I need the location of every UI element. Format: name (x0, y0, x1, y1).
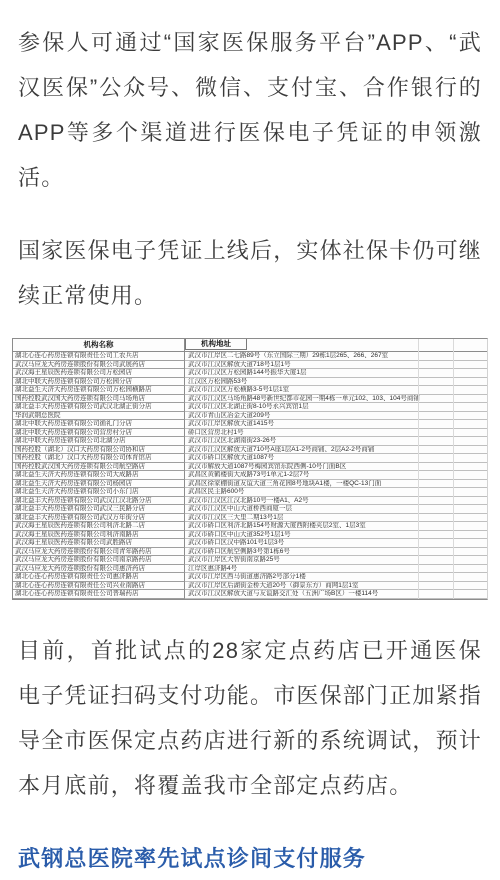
table-row: 华润武钢总医院武汉市青山区冶金大道209号 (13, 412, 487, 421)
org-address-cell: 硚口区营房北村1号 (185, 429, 487, 438)
paragraph-channels: 参保人可通过“国家医保服务平台”APP、“武汉医保”公众号、微信、支付宝、合作银… (18, 20, 482, 200)
table-row: 湖北中联大药房连锁有限公司循礼门分店武汉市江岸区解放大道1415号 (13, 420, 487, 429)
org-name-cell: 湖北益丰大药房连锁有限公司武汉江汉北路分店 (13, 497, 185, 506)
org-name-cell: 国药控股（湖北）汉口大药房有限公司体育馆店 (13, 454, 185, 463)
org-address-cell: 武汉市江岸区后湖街金桥大道20号（御景东方）商网1层1室 (185, 582, 487, 591)
org-name-cell: 国药控股武汉国大药房连锁有限公司马场角店 (13, 395, 185, 404)
org-name-cell: 国药控股（湖北）汉口大药房有限公司协和店 (13, 446, 185, 455)
paragraph-social-card: 国家医保电子凭证上线后，实体社保卡仍可继续正常使用。 (18, 228, 482, 318)
table-row: 湖北益生天济大药房连锁有限公司小东门店武昌区民主路600号 (13, 488, 487, 497)
table-row: 武汉海王星辰医药连锁有限公司利济南路店武汉市硚口区中山大道352号1层1号 (13, 531, 487, 540)
org-address-cell: 武汉市江汉区北湖正街8-10号永兴宾馆1层 (185, 403, 487, 412)
org-name-cell: 武汉马应龙大药房连锁股份有限公司武展药店 (13, 361, 185, 370)
table-row: 湖北心连心药房连锁有限责任公司工农兵店武汉市江岸区二七路89号（东立国际三期）2… (13, 352, 487, 361)
table-row: 湖北益生天济大药房连锁有限公司大成路店武昌区黄鹤楼街大成路73号1单元1-2层7… (13, 471, 487, 480)
table-row: 武汉马应龙大药房连锁股份有限公司武展药店武汉市江汉区解放大道718号1层1号 (13, 361, 487, 370)
table-row: 武汉马应龙大药房连锁股份有限公司南京路药店武汉市江岸区大智街南京路25号 (13, 556, 487, 565)
org-name-cell: 华润武钢总医院 (13, 412, 185, 421)
pharmacy-table: 机构名称 机构地址 湖北心连心药房连锁有限责任公司工农兵店武汉市江岸区二七路89… (12, 338, 488, 600)
table-gridline (453, 339, 454, 599)
org-name-cell: 湖北益丰大药房连锁有限公司武汉北湖正街分店 (13, 403, 185, 412)
org-address-cell: 武汉市硚口区解放大道1087号 (185, 454, 487, 463)
org-address-cell: 武汉市解放大道1087号梅园宾馆东院西侧-10号门面B区 (185, 463, 487, 472)
table-row: 国药控股武汉国大药房连锁有限公司航空路店武汉市解放大道1087号梅园宾馆东院西侧… (13, 463, 487, 472)
paragraph-status: 目前，首批试点的28家定点药店已开通医保电子凭证扫码支付功能。市医保部门正加紧指… (18, 628, 482, 808)
org-name-cell: 湖北心连心药房连锁有限责任公司兴业南路店 (13, 582, 185, 591)
next-section-heading: 武钢总医院率先试点诊间支付服务 (18, 842, 482, 873)
org-address-cell: 武汉市江汉区江汉北路10号一楼A1、A2号 (185, 497, 487, 506)
table-row: 国药控股（湖北）汉口大药房有限公司协和店武汉市江汉区解放大道710号A座1层A1… (13, 446, 487, 455)
org-address-cell: 武汉市江岸区大智街南京路25号 (185, 556, 487, 565)
org-name-cell: 国药控股武汉国大药房连锁有限公司航空路店 (13, 463, 185, 472)
org-address-cell: 武昌区民主路600号 (185, 488, 487, 497)
org-address-cell: 武汉市江岸区二七路89号（东立国际三期）29栋1层265、266、267室 (185, 352, 487, 361)
org-name-cell: 武汉马应龙大药房连锁股份有限公司惠济药店 (13, 565, 185, 574)
table-row: 武汉海王星辰医药连锁有限公司武胜路店武汉市硚口区汉中路101号1层3号 (13, 539, 487, 548)
org-address-cell: 武汉市江岸区解放大道1415号 (185, 420, 487, 429)
article-page: 参保人可通过“国家医保服务平台”APP、“武汉医保”公众号、微信、支付宝、合作银… (0, 0, 500, 880)
org-name-cell: 湖北心连心药房连锁有限责任公司惠济路店 (13, 573, 185, 582)
table-row: 湖北中联大药房连锁有限公司北湖分店武汉市江汉区北湖南街23-26号 (13, 437, 487, 446)
table-gridline (418, 339, 419, 599)
org-name-cell: 湖北益生天济大药房连锁有限公司小东门店 (13, 488, 185, 497)
table-row: 湖北中联大药房连锁有限公司万松园分店江汉区万松园路53号 (13, 378, 487, 387)
table-row: 国药控股（湖北）汉口大药房有限公司体育馆店武汉市硚口区解放大道1087号 (13, 454, 487, 463)
org-name-cell: 湖北中联大药房连锁有限公司北湖分店 (13, 437, 185, 446)
org-address-cell: 武汉市江汉区中山大道桥西商厦一层 (185, 505, 487, 514)
org-address-cell: 武汉市硚口区中山大道352号1层1号 (185, 531, 487, 540)
table-body: 湖北心连心药房连锁有限责任公司工农兵店武汉市江岸区二七路89号（东立国际三期）2… (13, 352, 487, 599)
org-address-cell: 武汉市青山区冶金大道209号 (185, 412, 487, 421)
org-address-cell: 武汉市硚口区利济北路154号财源大厦西附楼夹层2室、1层3室 (185, 522, 487, 531)
org-name-cell: 湖北心连心药房连锁有限责任公司普瑞药店 (13, 590, 185, 599)
org-name-cell: 武汉海王星辰医药连锁有限公司利济北路二店 (13, 522, 185, 531)
table-header-row: 机构名称 机构地址 (13, 339, 487, 352)
column-header-org-name: 机构名称 (13, 339, 185, 351)
table-row: 湖北益丰大药房连锁有限公司武汉万年街分店武汉市江汉区三大里二期13号1层 (13, 514, 487, 523)
org-address-cell: 武昌区徐家棚街道友谊大道三角花园8号地块A1楼，一楼QC-13门面 (185, 480, 487, 489)
org-name-cell: 湖北中联大药房连锁有限公司营房村分店 (13, 429, 185, 438)
table-row: 湖北益丰大药房连锁有限公司武汉三民路分店武汉市江汉区中山大道桥西商厦一层 (13, 505, 487, 514)
org-address-cell: 武汉市江岸区西马街道惠济路2号部分1楼 (185, 573, 487, 582)
org-name-cell: 武汉海王星辰医药连锁有限公司万松园店 (13, 369, 185, 378)
table-row: 湖北益丰大药房连锁有限公司武汉江汉北路分店武汉市江汉区江汉北路10号一楼A1、A… (13, 497, 487, 506)
table-row: 武汉海王星辰医药连锁有限公司利济北路二店武汉市硚口区利济北路154号财源大厦西附… (13, 522, 487, 531)
org-name-cell: 武汉马应龙大药房连锁股份有限公司南京路药店 (13, 556, 185, 565)
org-name-cell: 湖北益生天济大药房连锁有限公司大成路店 (13, 471, 185, 480)
org-address-cell: 武汉市江汉区三大里二期13号1层 (185, 514, 487, 523)
org-address-cell: 武汉市硚口区汉中路101号1层3号 (185, 539, 487, 548)
table-row: 湖北益生天济大药房连锁有限公司万松园横路店武汉市江汉区万松横路3-5号1层1室 (13, 386, 487, 395)
column-header-org-address-cell: 机构地址 (185, 339, 487, 351)
table-row: 湖北益生天济大药房连锁有限公司杨园店武昌区徐家棚街道友谊大道三角花园8号地块A1… (13, 480, 487, 489)
org-address-cell: 武汉市江汉区北湖南街23-26号 (185, 437, 487, 446)
org-address-cell: 武汉市江汉区万松园路144号振华大厦1层 (185, 369, 487, 378)
table-row: 湖北益丰大药房连锁有限公司武汉北湖正街分店武汉市江汉区北湖正街8-10号永兴宾馆… (13, 403, 487, 412)
table-row: 武汉海王星辰医药连锁有限公司万松园店武汉市江汉区万松园路144号振华大厦1层 (13, 369, 487, 378)
org-name-cell: 湖北心连心药房连锁有限责任公司工农兵店 (13, 352, 185, 361)
org-name-cell: 湖北中联大药房连锁有限公司万松园分店 (13, 378, 185, 387)
org-name-cell: 武汉海王星辰医药连锁有限公司利济南路店 (13, 531, 185, 540)
org-name-cell: 湖北益丰大药房连锁有限公司武汉三民路分店 (13, 505, 185, 514)
org-name-cell: 武汉海王星辰医药连锁有限公司武胜路店 (13, 539, 185, 548)
org-address-cell: 武汉市江汉区马场角路48号新世纪都市花园一期4栋一单元102、103、104号商… (185, 395, 487, 404)
org-address-cell: 江汉区万松园路53号 (185, 378, 487, 387)
org-name-cell: 湖北益生天济大药房连锁有限公司杨园店 (13, 480, 185, 489)
org-address-cell: 武汉市江汉区解放大道710号A座1层A1-2号商铺、2层A2-2号商铺 (185, 446, 487, 455)
table-row: 国药控股武汉国大药房连锁有限公司马场角店武汉市江汉区马场角路48号新世纪都市花园… (13, 395, 487, 404)
org-address-cell: 武汉市江汉区解放大道与友谊路交汇处（五洲广场B区）一楼114号 (185, 590, 487, 599)
org-address-cell: 武汉市江汉区万松横路3-5号1层1室 (185, 386, 487, 395)
org-address-cell: 武汉市江汉区解放大道718号1层1号 (185, 361, 487, 370)
org-name-cell: 湖北中联大药房连锁有限公司循礼门分店 (13, 420, 185, 429)
org-name-cell: 湖北益丰大药房连锁有限公司武汉万年街分店 (13, 514, 185, 523)
org-address-cell: 武昌区黄鹤楼街大成路73号1单元1-2层7号 (185, 471, 487, 480)
column-header-org-address: 机构地址 (185, 339, 247, 350)
table-row: 湖北中联大药房连锁有限公司营房村分店硚口区营房北村1号 (13, 429, 487, 438)
table-row: 湖北心连心药房连锁有限责任公司惠济路店武汉市江岸区西马街道惠济路2号部分1楼 (13, 573, 487, 582)
org-name-cell: 武汉马应龙大药房连锁股份有限公司青年路药店 (13, 548, 185, 557)
table-row: 湖北心连心药房连锁有限责任公司兴业南路店武汉市江岸区后湖街金桥大道20号（御景东… (13, 582, 487, 591)
table-row: 武汉马应龙大药房连锁股份有限公司青年路药店武汉市硚口区航空侧路3号第1栋6号 (13, 548, 487, 557)
table-row: 武汉马应龙大药房连锁股份有限公司惠济药店江岸区惠济路4号 (13, 565, 487, 574)
org-name-cell: 湖北益生天济大药房连锁有限公司万松园横路店 (13, 386, 185, 395)
org-address-cell: 江岸区惠济路4号 (185, 565, 487, 574)
org-address-cell: 武汉市硚口区航空侧路3号第1栋6号 (185, 548, 487, 557)
table-row: 湖北心连心药房连锁有限责任公司普瑞药店武汉市江汉区解放大道与友谊路交汇处（五洲广… (13, 590, 487, 599)
